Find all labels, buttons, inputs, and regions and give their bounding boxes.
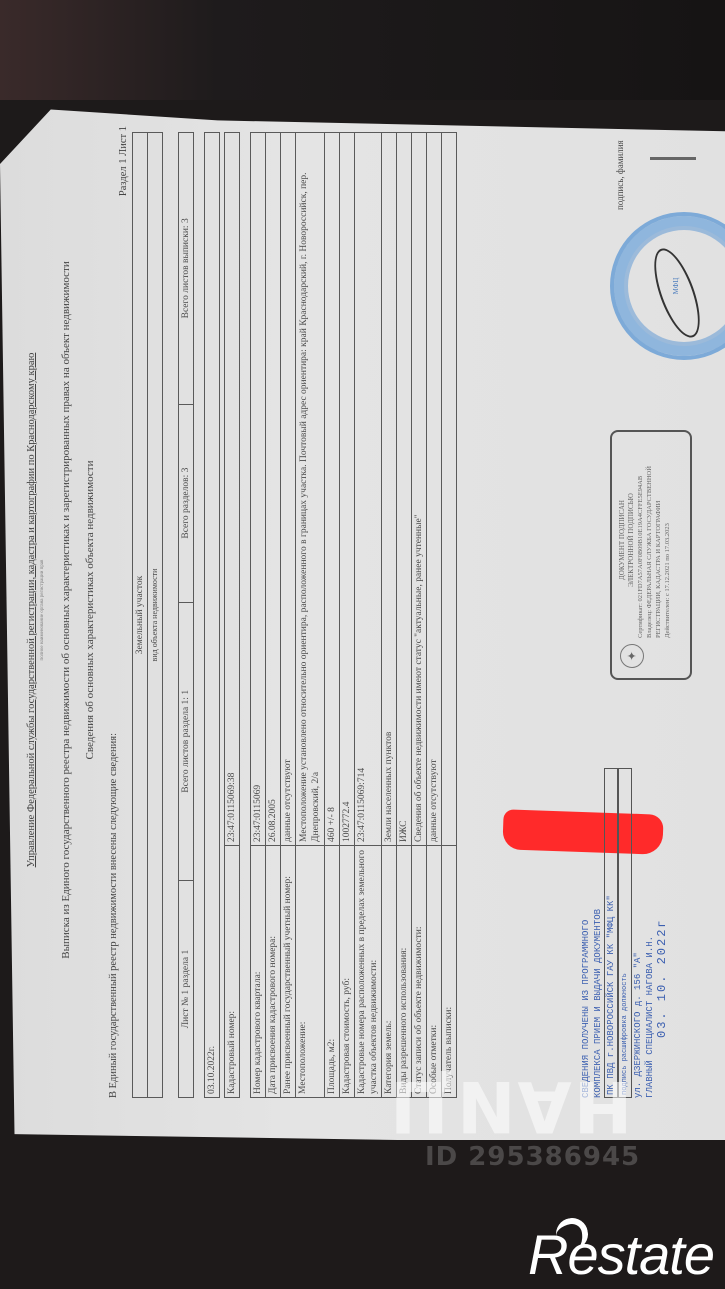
table-row: Номер кадастрового квартала:23:47:011506…: [251, 133, 266, 1098]
section-reference: Раздел 1 Лист 1: [118, 126, 129, 196]
background-surface: [0, 0, 725, 100]
row-value: Земли населенных пунктов: [382, 133, 397, 846]
row-label: Особые отметки:: [427, 846, 442, 1098]
table-row: Кадастровые номера расположенных в преде…: [355, 133, 382, 1098]
listing-id-watermark: ID 295386945: [425, 1142, 640, 1172]
note-caption: подпись расшифровка должность: [618, 768, 632, 1098]
row-label: Номер кадастрового квартала:: [251, 846, 266, 1098]
sheets-total: Всего листов выписки: 3: [179, 133, 194, 405]
cian-watermark: ЦИАН: [390, 1065, 634, 1147]
sheet-info-table: Лист № 1 раздела 1 Всего листов раздела …: [178, 132, 194, 1098]
intro-text: В Единый государственный реестр недвижим…: [108, 733, 119, 1098]
note-line: КОМПЛЕКСА ПРИЕМ И ВЫДАЧИ ДОКУМЕНТОВ: [592, 768, 604, 1098]
coat-of-arms-icon: ✦: [620, 644, 644, 668]
row-label: Дата присвоения кадастрового номера:: [266, 846, 281, 1098]
row-value: ИЖС: [397, 133, 412, 846]
table-row: Статус записи об объекте недвижимости:Св…: [412, 133, 427, 1098]
row-value: 23:47:0115069:714: [355, 133, 382, 846]
esig-certificate: Сертификат: 021FD7A57A0F0B09B10E19A4CFFE…: [636, 442, 645, 638]
row-label: Местоположение:: [296, 846, 325, 1098]
table-row: Категория земель:Земли населенных пункто…: [382, 133, 397, 1098]
row-label: Площадь, м2:: [325, 846, 340, 1098]
egrn-extract-document: Управление Федеральной службы государств…: [20, 110, 720, 1110]
signature-caption: подпись, фамилия: [615, 140, 625, 210]
sections-total: Всего разделов: 3: [179, 404, 194, 602]
note-date: 03. 10. 2022г: [656, 768, 668, 1038]
table-row: Площадь, м2:460 +/- 8: [325, 133, 340, 1098]
table-row: Кадастровая стоимость, руб:1002772.4: [340, 133, 355, 1098]
agency-caption: полное наименование органа регистрации п…: [40, 110, 45, 1110]
sheets-in-section: Всего листов раздела 1: 1: [179, 602, 194, 881]
row-value: данные отсутствуют: [427, 133, 442, 846]
row-label: Статус записи об объекте недвижимости:: [412, 846, 427, 1098]
cadastral-number-table: Кадастровый номер: 23:47:0115069:38: [224, 132, 240, 1098]
characteristics-table: Номер кадастрового квартала:23:47:011506…: [250, 132, 457, 1098]
row-value: [442, 133, 457, 846]
row-label: Получатель выписки:: [442, 846, 457, 1098]
object-type-table: Земельный участок вид объекта недвижимос…: [132, 132, 163, 1098]
esig-heading: ЭЛЕКТРОННОЙ ПОДПИСЬЮ: [627, 442, 636, 638]
table-row: Особые отметки:данные отсутствуют: [427, 133, 442, 1098]
esig-validity: Действителен: с 17.12.2021 по 17.03.2023: [663, 442, 672, 638]
cadastral-number-label: Кадастровый номер:: [225, 846, 240, 1098]
row-value: данные отсутствуют: [281, 133, 296, 846]
row-value: 1002772.4: [340, 133, 355, 846]
extract-date: 03.10.2022г.: [205, 133, 220, 1098]
row-value: 26.08.2005: [266, 133, 281, 846]
sheet-number: Лист № 1 раздела 1: [179, 881, 194, 1098]
row-value: Сведения об объекте недвижимости имеют с…: [412, 133, 427, 846]
row-label: Ранее присвоенный государственный учетны…: [281, 846, 296, 1098]
electronic-signature-box: ✦ ДОКУМЕНТ ПОДПИСАН ЭЛЕКТРОННОЙ ПОДПИСЬЮ…: [610, 430, 692, 680]
table-row: Ранее присвоенный государственный учетны…: [281, 133, 296, 1098]
cadastral-number-value: 23:47:0115069:38: [225, 133, 240, 846]
row-label: Виды разрешенного использования:: [397, 846, 412, 1098]
row-value: 23:47:0115069: [251, 133, 266, 846]
object-type: Земельный участок: [133, 133, 148, 1098]
esig-owner: Владелец: ФЕДЕРАЛЬНАЯ СЛУЖБА ГОСУДАРСТВЕ…: [645, 442, 654, 638]
note-line: СВЕДЕНИЯ ПОЛУЧЕНЫ ИЗ ПРОГРАММНОГО: [580, 768, 592, 1098]
row-label: Категория земель:: [382, 846, 397, 1098]
date-table: 03.10.2022г.: [204, 132, 220, 1098]
row-value: 460 +/- 8: [325, 133, 340, 846]
mfc-notes: СВЕДЕНИЯ ПОЛУЧЕНЫ ИЗ ПРОГРАММНОГО КОМПЛЕ…: [580, 768, 668, 1098]
object-type-caption: вид объекта недвижимости: [148, 133, 163, 1098]
esig-heading: ДОКУМЕНТ ПОДПИСАН: [618, 442, 627, 638]
restate-brand-logo: Restate: [528, 1222, 714, 1287]
note-line: ПК ПВД г.НОВОРОССИЙСК ГАУ КК "МФЦ КК": [604, 768, 618, 1098]
document-subtitle: Сведения об основных характеристиках объ…: [84, 110, 96, 1110]
row-value: Местоположение установлено относительно …: [296, 133, 325, 846]
note-line: ул. ДЗЕРЖИНСКОГО д. 156 "А": [632, 768, 644, 1098]
table-row: Местоположение:Местоположение установлен…: [296, 133, 325, 1098]
document-title: Выписка из Единого государственного реес…: [60, 110, 72, 1110]
table-row: Виды разрешенного использования:ИЖС: [397, 133, 412, 1098]
table-row: Получатель выписки:: [442, 133, 457, 1098]
row-label: Кадастровые номера расположенных в преде…: [355, 846, 382, 1098]
table-row: Дата присвоения кадастрового номера:26.0…: [266, 133, 281, 1098]
row-label: Кадастровая стоимость, руб:: [340, 846, 355, 1098]
esig-owner: РЕГИСТРАЦИИ, КАДАСТРА И КАРТОГРАФИИ: [654, 442, 663, 638]
agency-name: Управление Федеральной службы государств…: [26, 110, 37, 1110]
